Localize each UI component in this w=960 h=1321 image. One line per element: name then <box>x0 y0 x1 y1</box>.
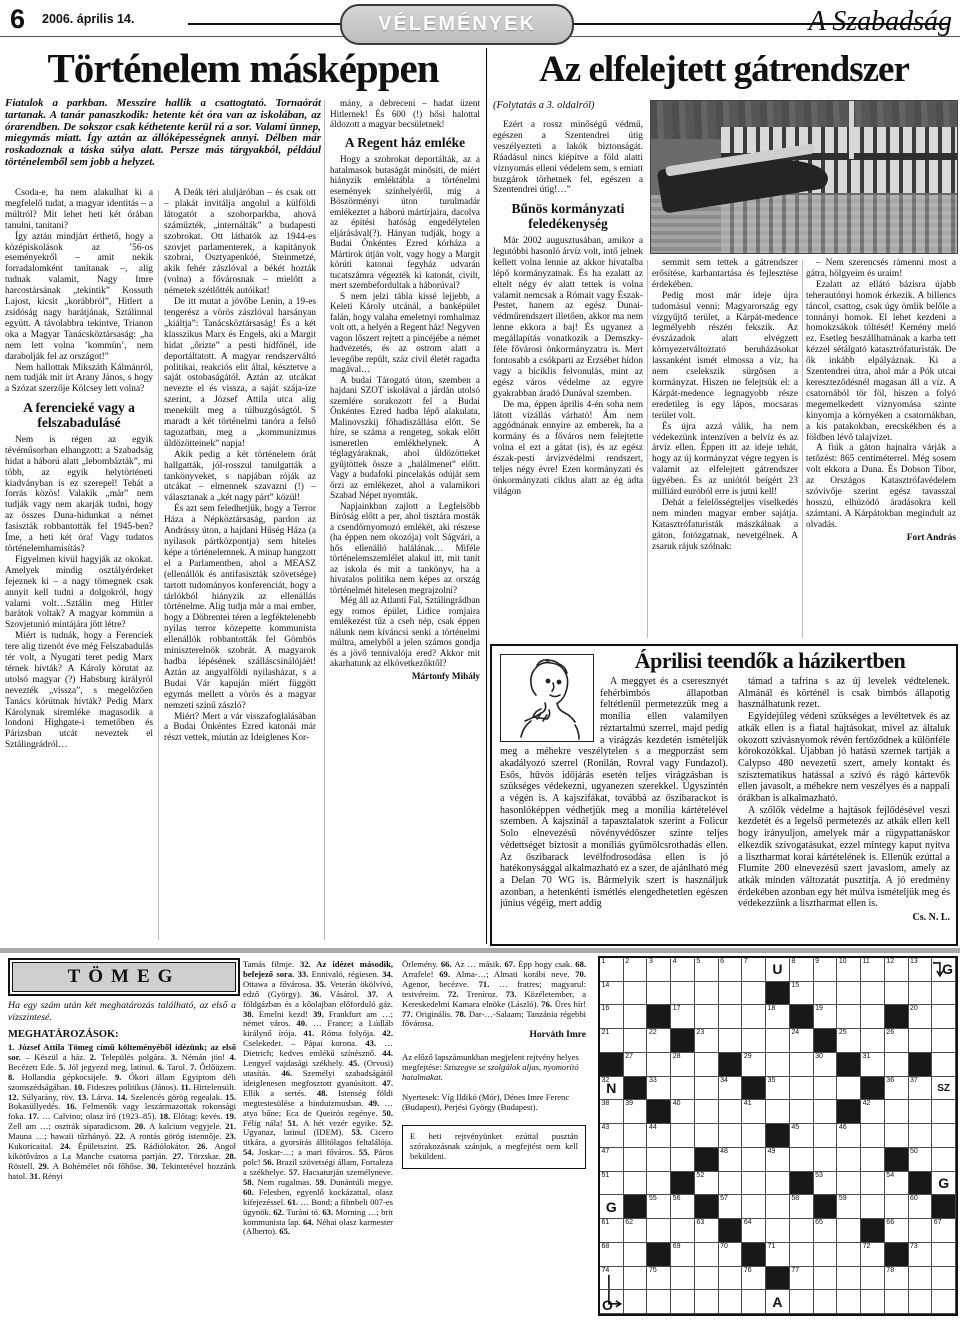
crossword-cell <box>814 1290 838 1314</box>
crossword-cell <box>695 1290 719 1314</box>
clue-column-2: Tamás filmje. 32. Az idézet második, bef… <box>243 960 393 1318</box>
winners-text: Nyertesek: Víg Ildikó (Mór), Dénes Imre … <box>402 1093 586 1113</box>
crossword-cell: 25 <box>837 1029 861 1053</box>
cartoon-spacer <box>500 676 600 740</box>
paragraph: A Deák téri aluljáróban – és csak ott – … <box>164 188 316 297</box>
cell-number: 64 <box>744 1219 752 1226</box>
cell-number: 72 <box>863 1243 871 1250</box>
crossword-cell <box>790 1290 814 1314</box>
cell-number: 41 <box>744 1100 752 1107</box>
crossword-title-box: TÖMEG <box>8 958 240 996</box>
column-rule-3 <box>647 260 648 638</box>
crossword-black-cell <box>790 1172 814 1196</box>
crossword-cell: 33 <box>647 1077 671 1101</box>
section-label: VÉLEMÉNYEK <box>378 13 536 36</box>
crossword-cell: 35 <box>766 1077 790 1101</box>
crossword-cell <box>909 1100 933 1124</box>
crossword-cell: U <box>766 958 790 982</box>
crossword-cell <box>695 1124 719 1148</box>
crossword-cell <box>885 1053 909 1077</box>
crossword-cell: 63 <box>695 1219 719 1243</box>
crossword-cell <box>837 1267 861 1291</box>
crossword-cell: 60 <box>909 1195 933 1219</box>
crossword-cell: 21 <box>600 1029 624 1053</box>
photo-reflection <box>721 195 957 253</box>
crossword-cell: 5 <box>695 958 719 982</box>
crossword-cell <box>814 1124 838 1148</box>
crossword-cell <box>932 1100 956 1124</box>
crossword-cell <box>624 1267 648 1291</box>
crossword-black-cell <box>624 1195 648 1219</box>
paragraph: semmit sem tettek a gátrendszer erősítés… <box>652 258 798 291</box>
garden-col-right: támad a tafrina s az új levelek védtelen… <box>738 676 950 938</box>
given-letter: O <box>600 1290 623 1313</box>
crossword-cell: 51 <box>600 1172 624 1196</box>
crossword-cell <box>837 1290 861 1314</box>
byline: Fort András <box>806 533 956 544</box>
crossword-cell <box>624 1290 648 1314</box>
cell-number: 57 <box>720 1195 728 1202</box>
crossword-cell: G <box>600 1195 624 1219</box>
paragraph: Egyidejűleg védeni szükséges a levéltetv… <box>738 711 950 805</box>
paragraph: És újra azzá válik, ha nem védekezünk in… <box>652 422 798 498</box>
crossword-cell: 1 <box>600 958 624 982</box>
crossword-cell <box>861 1172 885 1196</box>
cell-number: 43 <box>602 1124 610 1131</box>
crossword-cell <box>909 1219 933 1243</box>
section-divider-bar <box>0 948 960 953</box>
cell-number: 3 <box>649 958 653 965</box>
crossword-cell: 53 <box>814 1172 838 1196</box>
crossword-cell <box>909 1290 933 1314</box>
crossword-cell <box>932 1029 956 1053</box>
crossword-cell: 42 <box>861 1100 885 1124</box>
crossword-cell: 4 <box>671 958 695 982</box>
crossword-cell <box>932 982 956 1006</box>
subhead: A ferencieké vagy a felszabadulásé <box>5 401 153 431</box>
crossword-cell: 13 <box>909 958 933 982</box>
crossword-cell <box>742 1124 766 1148</box>
crossword-black-cell <box>837 1100 861 1124</box>
cell-number: 77 <box>791 1267 799 1274</box>
crossword-cell: 2 <box>624 958 648 982</box>
subhead: Bűnös kormányzati feledékenység <box>493 202 643 232</box>
paragraph: A fiúk a gáton hajnalra várják a tetőzés… <box>806 443 956 530</box>
left-article-col2: A Deák téri aluljáróban – és csak ott – … <box>164 188 316 942</box>
page-number: 6 <box>10 4 25 35</box>
crossword-black-cell <box>742 1243 766 1267</box>
given-letter: G <box>932 1172 955 1195</box>
byline: Mártonfy Mihály <box>330 671 480 682</box>
crossword-cell: 69 <box>671 1243 695 1267</box>
crossword-black-cell <box>885 1148 909 1172</box>
crossword-cell <box>932 1290 956 1314</box>
paragraph: Hogy a szobrokat deportálták, az a hatal… <box>330 154 480 291</box>
cell-number: 22 <box>649 1029 657 1036</box>
crossword-cell: 72 <box>861 1243 885 1267</box>
cell-number: 51 <box>602 1172 610 1179</box>
cell-number: 54 <box>886 1172 894 1179</box>
cell-number: 31 <box>863 1053 871 1060</box>
crossword-cell <box>647 1219 671 1243</box>
cell-number: 55 <box>649 1195 657 1202</box>
cell-number: 46 <box>839 1124 847 1131</box>
crossword-cell <box>766 1195 790 1219</box>
crossword-cell <box>861 1124 885 1148</box>
cell-number: 6 <box>720 958 724 965</box>
crossword-black-cell <box>647 1005 671 1029</box>
crossword-cell <box>790 1243 814 1267</box>
cell-number: 50 <box>910 1148 918 1155</box>
given-letter: A <box>766 1290 789 1313</box>
crossword-cell <box>647 1290 671 1314</box>
cell-number: 59 <box>839 1195 847 1202</box>
previous-solution: Az előző lapszámunkban megjelent rejtvén… <box>402 1053 586 1083</box>
crossword-cell <box>742 1005 766 1029</box>
crossword-cell <box>695 1077 719 1101</box>
crossword-cell <box>790 1219 814 1243</box>
crossword-cell <box>814 1267 838 1291</box>
paragraph: Miért? Mert a vár visszafoglalásában a B… <box>164 712 316 745</box>
paragraph: Még áll az Atlanti Fal, Sztálingrádban e… <box>330 595 480 669</box>
cell-number: 36 <box>886 1077 894 1084</box>
cell-number: 12 <box>886 958 894 965</box>
crossword-cell: 62 <box>624 1219 648 1243</box>
crossword-black-cell <box>790 1005 814 1029</box>
cell-number: 78 <box>886 1267 894 1274</box>
paragraph: Dehát a felelősségteljes viselkedés nem … <box>652 498 798 553</box>
cell-number: 58 <box>791 1195 799 1202</box>
crossword-cell: 55 <box>647 1195 671 1219</box>
crossword-cell <box>671 1148 695 1172</box>
crossword-cell <box>861 1290 885 1314</box>
cell-number: 11 <box>863 958 870 965</box>
right-article-col2: semmit sem tettek a gátrendszer erősítés… <box>652 258 798 640</box>
crossword-cell: 6 <box>719 958 743 982</box>
crossword-cell <box>719 1124 743 1148</box>
crossword-cell <box>719 982 743 1006</box>
crossword-cell <box>695 982 719 1006</box>
crossword-note: Ha egy szám után két meghatározás találh… <box>8 1000 236 1023</box>
cell-number: 29 <box>744 1053 752 1060</box>
section-pill: VÉLEMÉNYEK <box>340 4 574 45</box>
flood-photo <box>650 100 958 254</box>
crossword-cell <box>647 1172 671 1196</box>
paragraph: De itt mutat a jövőbe Lenin, a 19-es ten… <box>164 297 316 450</box>
crossword-cell <box>719 1290 743 1314</box>
crossword-cell: 41 <box>742 1100 766 1124</box>
crossword-black-cell <box>766 1267 790 1291</box>
crossword-cell: 23 <box>695 1029 719 1053</box>
crossword-black-cell <box>766 982 790 1006</box>
crossword-cell: 74 <box>600 1267 624 1291</box>
crossword-cell <box>695 1267 719 1291</box>
crossword-cell: 15 <box>790 982 814 1006</box>
crossword-cell: 22 <box>647 1029 671 1053</box>
crossword-cell <box>742 1172 766 1196</box>
crossword-black-cell <box>861 1219 885 1243</box>
cell-number: 2 <box>625 958 629 965</box>
cell-number: 45 <box>791 1124 799 1131</box>
right-article-col1: Ezért a rossz minőségű védmű, egészen a … <box>493 120 643 640</box>
crossword-cell: A <box>766 1290 790 1314</box>
cell-number: 68 <box>602 1243 610 1250</box>
cell-number: 5 <box>696 958 700 965</box>
cell-number: 19 <box>815 1005 823 1012</box>
crossword-cell <box>742 1290 766 1314</box>
byline: Cs. N. L. <box>738 912 950 924</box>
crossword-black-cell <box>742 1077 766 1101</box>
crossword-black-cell <box>814 1195 838 1219</box>
crossword-cell <box>671 1290 695 1314</box>
cell-number: 8 <box>791 958 795 965</box>
crossword-cell: 30 <box>814 1053 838 1077</box>
crossword-cell <box>837 1005 861 1029</box>
crossword-cell <box>932 1053 956 1077</box>
crossword-black-cell <box>695 1195 719 1219</box>
paragraph: támad a tafrina s az új levelek védtelen… <box>738 676 950 711</box>
crossword-cell: 3 <box>647 958 671 982</box>
cell-number: 15 <box>791 982 799 989</box>
cell-number: 76 <box>744 1267 752 1274</box>
crossword-black-cell <box>885 1243 909 1267</box>
left-article-col3: mány, a debreceni – hadat üzent Hitlerne… <box>330 98 480 942</box>
clue-column-1: 1. József Attila Tömeg című költeményébő… <box>8 1043 236 1319</box>
crossword-cell <box>932 1124 956 1148</box>
paragraph: Már 2002 augusztusában, amikor a legutób… <box>493 236 643 400</box>
crossword-black-cell <box>766 1124 790 1148</box>
crossword-cell <box>790 1148 814 1172</box>
crossword-black-cell <box>647 1100 671 1124</box>
crossword-cell <box>837 1243 861 1267</box>
paragraph: – Nem szerencsés rámenni most a gátra, h… <box>806 258 956 280</box>
cell-number: 14 <box>602 982 610 989</box>
crossword-cell: 73 <box>909 1243 933 1267</box>
garden-article-title: Áprilisi teendők a házikertben <box>592 648 948 674</box>
crossword-cell <box>719 1005 743 1029</box>
crossword-cell: 16 <box>600 1005 624 1029</box>
crossword-cell: 45 <box>790 1124 814 1148</box>
cell-number: 23 <box>696 1029 704 1036</box>
cell-number: 53 <box>815 1172 823 1179</box>
crossword-black-cell <box>671 1172 695 1196</box>
crossword-black-cell <box>600 1053 624 1077</box>
cell-number: 24 <box>791 1029 799 1036</box>
crossword-cell <box>861 1005 885 1029</box>
given-letter: U <box>766 958 789 981</box>
cell-number: 60 <box>910 1195 918 1202</box>
crossword-cell: 20 <box>909 1005 933 1029</box>
crossword-black-cell <box>932 1195 956 1219</box>
column-rule-4 <box>802 260 803 638</box>
crossword-cell <box>695 1243 719 1267</box>
crossword-cell <box>814 1148 838 1172</box>
cell-number: 28 <box>673 1053 681 1060</box>
crossword-cell <box>814 1100 838 1124</box>
crossword-cell <box>932 1267 956 1291</box>
masthead-logo: A Szabadság <box>809 6 952 38</box>
crossword-cell <box>766 1053 790 1077</box>
crossword-cell <box>837 982 861 1006</box>
crossword-cell: 64 <box>742 1219 766 1243</box>
paragraph: Így aztán mindjárt érthető, hogy a közép… <box>5 232 153 363</box>
crossword-author: Horváth Imre <box>402 1031 586 1041</box>
paragraph: Napjainkban zajlott a Legfelsőbb Bíróság… <box>330 501 480 596</box>
crossword-cell: 8 <box>790 958 814 982</box>
cell-number: 47 <box>602 1148 610 1155</box>
clue-column-3-clues: Őrlemény. 66. Az … másik. 67. Épp hogy c… <box>402 960 586 1029</box>
crossword-cell <box>837 1077 861 1101</box>
paragraph: Nem is régen az egyik tévéműsorban elhan… <box>5 435 153 555</box>
crossword-cell: 34 <box>719 1077 743 1101</box>
given-letter: G <box>600 1195 623 1218</box>
cell-number: 52 <box>696 1172 704 1179</box>
crossword-cell: 59 <box>837 1195 861 1219</box>
crossword-cell: 7 <box>742 958 766 982</box>
crossword-cell: 66 <box>885 1219 909 1243</box>
cell-number: 66 <box>886 1219 894 1226</box>
crossword-cell: 17 <box>671 1005 695 1029</box>
crossword-cell: 26 <box>885 1029 909 1053</box>
crossword-cell: 67 <box>932 1219 956 1243</box>
crossword-cell: G <box>932 958 956 982</box>
page-date: 2006. április 14. <box>42 12 134 26</box>
crossword-cell <box>814 1077 838 1101</box>
clue-column-3: Őrlemény. 66. Az … másik. 67. Épp hogy c… <box>402 960 586 1318</box>
cell-number: 25 <box>839 1029 847 1036</box>
crossword-black-cell <box>814 1029 838 1053</box>
crossword-cell: O <box>600 1290 624 1314</box>
crossword-cell: G <box>932 1172 956 1196</box>
paragraph: A szőlők védelme a hajtások fejlődésével… <box>738 805 950 910</box>
crossword-cell <box>624 1029 648 1053</box>
crossword-cell <box>861 1267 885 1291</box>
crossword-cell: 70 <box>719 1243 743 1267</box>
crossword-cell: 12 <box>885 958 909 982</box>
crossword-cell: 46 <box>837 1124 861 1148</box>
crossword-cell <box>861 982 885 1006</box>
crossword-cell <box>671 1267 695 1291</box>
crossword-black-cell <box>624 1077 648 1101</box>
left-article-col1: Csoda-e, ha nem alakulhat ki a megfelelő… <box>5 188 153 942</box>
crossword-cell <box>766 1172 790 1196</box>
photo-pole <box>849 101 854 159</box>
crossword-cell: 75 <box>647 1267 671 1291</box>
crossword-cell <box>695 1100 719 1124</box>
cell-number: 61 <box>602 1219 610 1226</box>
cell-number: 4 <box>673 958 677 965</box>
crossword-cell <box>885 1124 909 1148</box>
crossword-cell: 19 <box>814 1005 838 1029</box>
notice-box: E heti rejtvényünket ezúttal pusztán szó… <box>402 1125 586 1169</box>
crossword-cell: 43 <box>600 1124 624 1148</box>
crossword-black-cell <box>671 1029 695 1053</box>
crossword-cell <box>790 1077 814 1101</box>
crossword-cell <box>719 1029 743 1053</box>
paragraph: Akik pedig a két történelem órát hallgat… <box>164 450 316 505</box>
crossword-cell: 78 <box>885 1267 909 1291</box>
crossword-cell <box>695 1053 719 1077</box>
crossword-black-cell <box>695 1148 719 1172</box>
given-letter: SZ <box>932 1077 955 1100</box>
cell-number: 7 <box>744 958 748 965</box>
paragraph: mány, a debreceni – hadat üzent Hitlerne… <box>330 98 480 130</box>
newspaper-page: 6 2006. április 14. VÉLEMÉNYEK A Szabads… <box>0 0 960 1321</box>
crossword-cell <box>647 1053 671 1077</box>
crossword-cell: 29 <box>742 1053 766 1077</box>
column-rule-1 <box>158 190 159 940</box>
cell-number: 34 <box>720 1077 728 1084</box>
crossword-cell <box>814 1243 838 1267</box>
crossword-cell <box>909 982 933 1006</box>
cell-number: 65 <box>815 1219 823 1226</box>
cell-number: 16 <box>602 1005 610 1012</box>
crossword-cell: 57 <box>719 1195 743 1219</box>
cell-number: 27 <box>625 1053 633 1060</box>
crossword-cell <box>885 1290 909 1314</box>
crossword-cell <box>932 1243 956 1267</box>
crossword-cell: 11 <box>861 958 885 982</box>
crossword-cell <box>742 1148 766 1172</box>
cell-number: 39 <box>625 1100 633 1107</box>
article-divider <box>486 48 487 944</box>
paragraph: S nem jelzi tábla kissé lejjebb, a Kelet… <box>330 291 480 375</box>
crossword-cell <box>742 1195 766 1219</box>
cell-number: 20 <box>910 1005 918 1012</box>
crossword-grid: 1234567U8910111213G141516171819202122232… <box>598 956 958 1316</box>
given-letter: N <box>600 1077 623 1100</box>
crossword-cell: 52 <box>695 1172 719 1196</box>
subhead: A Regent ház emléke <box>330 136 480 151</box>
crossword-black-cell <box>719 1219 743 1243</box>
crossword-cell: 68 <box>600 1243 624 1267</box>
cell-number: 40 <box>673 1100 681 1107</box>
crossword-cell <box>671 1077 695 1101</box>
crossword-cell <box>624 1243 648 1267</box>
crossword-cell: 47 <box>600 1148 624 1172</box>
paragraph: Ezért a rossz minőségű védmű, egészen a … <box>493 120 643 196</box>
crossword-cell: 65 <box>814 1219 838 1243</box>
crossword-cell <box>671 1124 695 1148</box>
paragraph: Nem hallottak Mikszáth Kálmánról, nem tu… <box>5 363 153 396</box>
crossword-cell: 9 <box>814 958 838 982</box>
cell-number: 10 <box>839 958 847 965</box>
crossword-cell: 27 <box>624 1053 648 1077</box>
crossword-black-cell <box>909 1172 933 1196</box>
crossword-cell <box>719 1100 743 1124</box>
cell-number: 69 <box>673 1243 681 1250</box>
crossword-cell <box>932 1148 956 1172</box>
left-article-lede: Fiatalok a parkban. Messzire hallik a cs… <box>5 98 321 184</box>
continuation-note: (Folytatás a 3. oldalról) <box>493 100 595 111</box>
crossword-cell <box>766 1029 790 1053</box>
paragraph: És azt sem feledhetjük, hogy a Terror Há… <box>164 504 316 711</box>
crossword-cell <box>885 982 909 1006</box>
crossword-cell <box>624 1005 648 1029</box>
crossword-black-cell <box>647 1243 671 1267</box>
crossword-cell: 37 <box>909 1077 933 1101</box>
cell-number: 18 <box>768 1005 776 1012</box>
crossword-cell <box>861 1029 885 1053</box>
cell-number: 44 <box>649 1124 657 1131</box>
crossword-cell <box>719 1267 743 1291</box>
crossword-cell: 31 <box>861 1053 885 1077</box>
crossword-cell <box>909 1267 933 1291</box>
crossword-cell: 39 <box>624 1100 648 1124</box>
crossword-black-cell <box>909 1053 933 1077</box>
garden-col-left: A meggyet és a cseresznyét fehérbimbós á… <box>500 676 728 938</box>
crossword-cell <box>671 982 695 1006</box>
